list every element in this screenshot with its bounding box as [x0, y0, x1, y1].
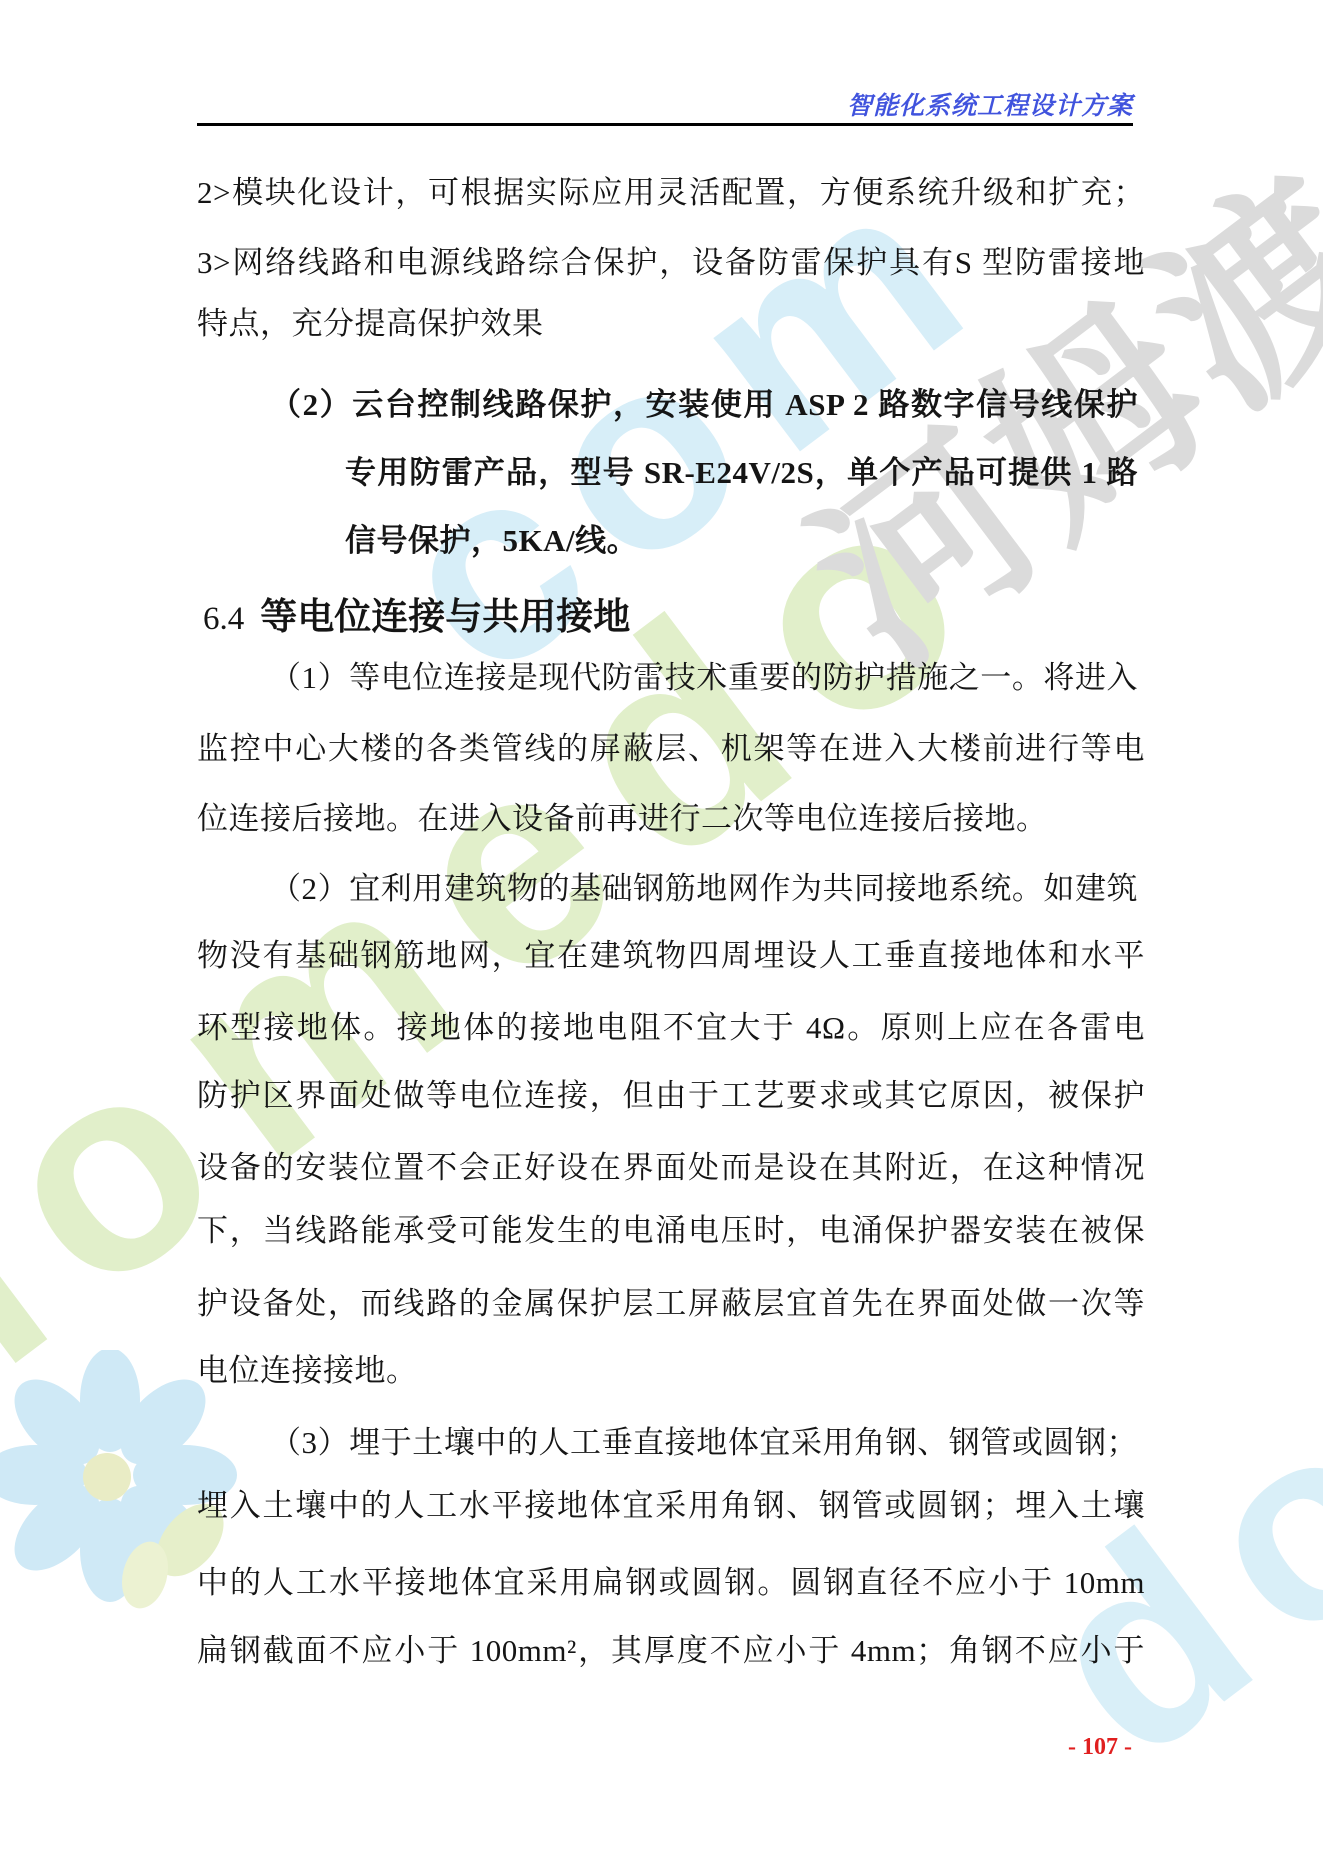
text-line: 设备的安装位置不会正好设在界面处而是设在其附近，在这种情况: [197, 1145, 1145, 1190]
text-line: 位连接后接地。在进入设备前再进行二次等电位连接后接地。: [197, 796, 1048, 841]
text-line: 特点，充分提高保护效果: [197, 301, 544, 346]
section-title: 等电位连接与共用接地: [260, 596, 630, 637]
text-line: 信号保护，5KA/线。: [345, 518, 638, 563]
text-line: 中的人工水平接地体宜采用扁钢或圆钢。圆钢直径不应小于 10mm: [197, 1560, 1145, 1605]
page-content: 智能化系统工程设计方案 2>模块化设计，可根据实际应用灵活配置，方便系统升级和扩…: [0, 0, 1323, 1871]
text-line: 防护区界面处做等电位连接，但由于工艺要求或其它原因，被保护: [197, 1073, 1145, 1118]
text-line: 物没有基础钢筋地网，宜在建筑物四周埋设人工垂直接地体和水平: [197, 933, 1145, 978]
text-line: （2）宜利用建筑物的基础钢筋地网作为共同接地系统。如建筑: [270, 866, 1138, 911]
text-line: （3）埋于土壤中的人工垂直接地体宜采用角钢、钢管或圆钢；: [270, 1420, 1138, 1465]
text-line: 扁钢截面不应小于 100mm²，其厚度不应小于 4mm；角钢不应小于: [197, 1628, 1145, 1673]
text-line: 专用防雷产品，型号 SR-E24V/2S，单个产品可提供 1 路: [345, 450, 1138, 495]
header-rule: [197, 123, 1133, 126]
text-line: 监控中心大楼的各类管线的屏蔽层、机架等在进入大楼前进行等电: [197, 726, 1145, 771]
text-line: 电位连接接地。: [197, 1348, 418, 1393]
text-line: （2）云台控制线路保护，安装使用 ASP 2 路数字信号线保护: [270, 382, 1138, 427]
section-number: 6.4: [203, 601, 244, 637]
document-page: { "header": { "title": "智能化系统工程设计方案" }, …: [0, 0, 1323, 1871]
text-line: 埋入土壤中的人工水平接地体宜采用角钢、钢管或圆钢；埋入土壤: [197, 1483, 1145, 1528]
text-line: 2>模块化设计，可根据实际应用灵活配置，方便系统升级和扩充；: [197, 170, 1145, 215]
page-header-title: 智能化系统工程设计方案: [0, 86, 1133, 122]
text-line: 护设备处，而线路的金属保护层工屏蔽层宜首先在界面处做一次等: [197, 1281, 1145, 1326]
page-number: - 107 -: [1040, 1734, 1160, 1761]
section-heading: 6.4等电位连接与共用接地: [203, 586, 630, 640]
text-line: （1）等电位连接是现代防雷技术重要的防护措施之一。将进入: [270, 655, 1138, 700]
text-line: 环型接地体。接地体的接地电阻不宜大于 4Ω。原则上应在各雷电: [197, 1005, 1145, 1050]
text-line: 3>网络线路和电源线路综合保护，设备防雷保护具有S 型防雷接地: [197, 240, 1145, 285]
text-line: 下，当线路能承受可能发生的电涌电压时，电涌保护器安装在被保: [197, 1208, 1145, 1253]
